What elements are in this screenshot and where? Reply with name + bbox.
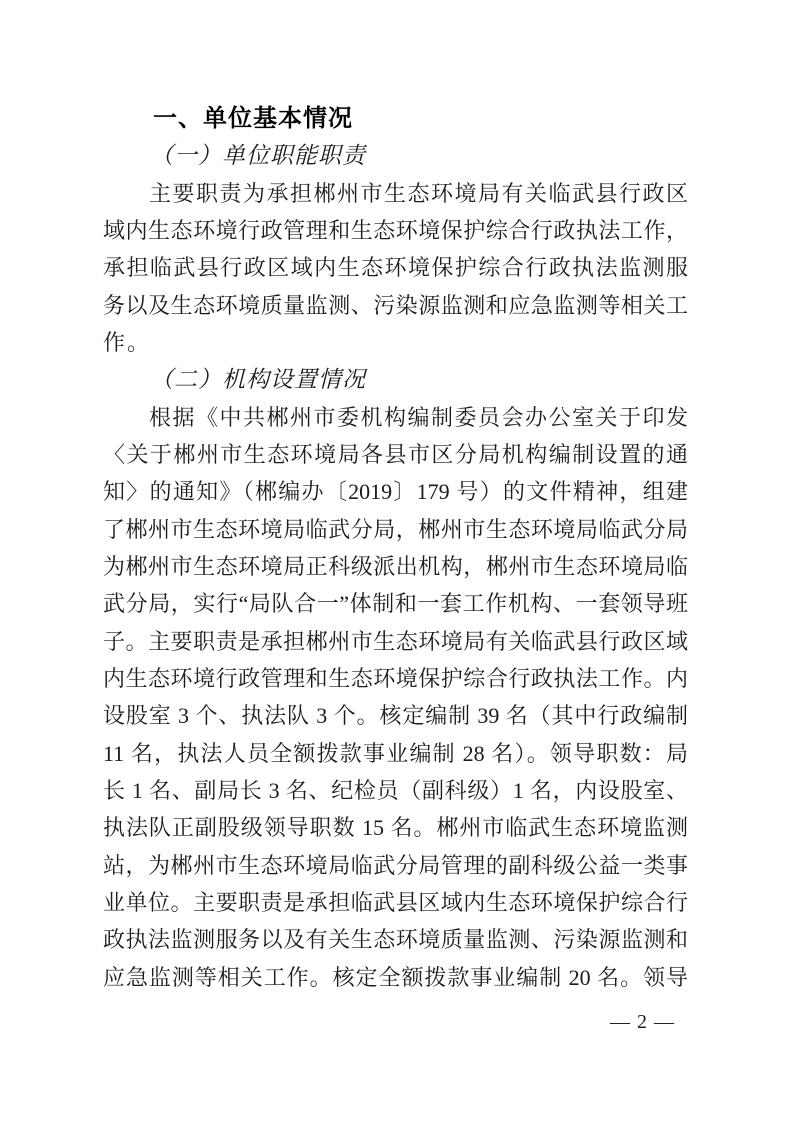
page-number: — 2 — [610, 1008, 675, 1036]
paragraph-1-line-2: 域内生态环境行政管理和生态环境保护综合行政执法工作， [103, 212, 688, 249]
paragraph-2-line-3: 知〉的通知》（郴编办〔2019〕179 号）的文件精神，组建 [103, 473, 688, 510]
paragraph-2-line-4: 了郴州市生态环境局临武分局，郴州市生态环境局临武分局 [103, 511, 688, 548]
paragraph-1-line-1: 主要职责为承担郴州市生态环境局有关临武县行政区 [103, 175, 688, 212]
paragraph-2-line-13: 站，为郴州市生态环境局临武分局管理的副科级公益一类事 [103, 847, 688, 884]
paragraph-2-line-7: 子。主要职责是承担郴州市生态环境局有关临武县行政区域 [103, 623, 688, 660]
paragraph-2-line-5: 为郴州市生态环境局正科级派出机构，郴州市生态环境局临 [103, 548, 688, 585]
document-page: 一、单位基本情况 （一）单位职能职责 主要职责为承担郴州市生态环境局有关临武县行… [0, 0, 793, 1122]
subsection-heading-1: （一）单位职能职责 [103, 137, 688, 174]
paragraph-2-line-8: 内生态环境行政管理和生态环境保护综合行政执法工作。内 [103, 660, 688, 697]
paragraph-2-line-1: 根据《中共郴州市委机构编制委员会办公室关于印发 [103, 399, 688, 436]
paragraph-2-line-10: 11 名，执法人员全额拨款事业编制 28 名）。领导职数：局 [103, 735, 688, 772]
paragraph-1-line-4: 务以及生态环境质量监测、污染源监测和应急监测等相关工 [103, 287, 688, 324]
document-body: 一、单位基本情况 （一）单位职能职责 主要职责为承担郴州市生态环境局有关临武县行… [103, 100, 688, 996]
paragraph-2-line-2: 〈关于郴州市生态环境局各县市区分局机构编制设置的通 [103, 436, 688, 473]
paragraph-1-line-5: 作。 [103, 324, 688, 361]
paragraph-2-line-6: 武分局，实行“局队合一”体制和一套工作机构、一套领导班 [103, 585, 688, 622]
paragraph-2-line-15: 政执法监测服务以及有关生态环境质量监测、污染源监测和 [103, 921, 688, 958]
subsection-heading-2: （二）机构设置情况 [103, 361, 688, 398]
paragraph-2-line-14: 业单位。主要职责是承担临武县区域内生态环境保护综合行 [103, 884, 688, 921]
paragraph-1-line-3: 承担临武县行政区域内生态环境保护综合行政执法监测服 [103, 249, 688, 286]
paragraph-2-line-16: 应急监测等相关工作。核定全额拨款事业编制 20 名。领导 [103, 959, 688, 996]
paragraph-2-line-9: 设股室 3 个、执法队 3 个。核定编制 39 名（其中行政编制 [103, 697, 688, 734]
paragraph-2-line-12: 执法队正副股级领导职数 15 名。郴州市临武生态环境监测 [103, 809, 688, 846]
paragraph-2-line-11: 长 1 名、副局长 3 名、纪检员（副科级）1 名，内设股室、 [103, 772, 688, 809]
section-heading: 一、单位基本情况 [103, 100, 688, 137]
